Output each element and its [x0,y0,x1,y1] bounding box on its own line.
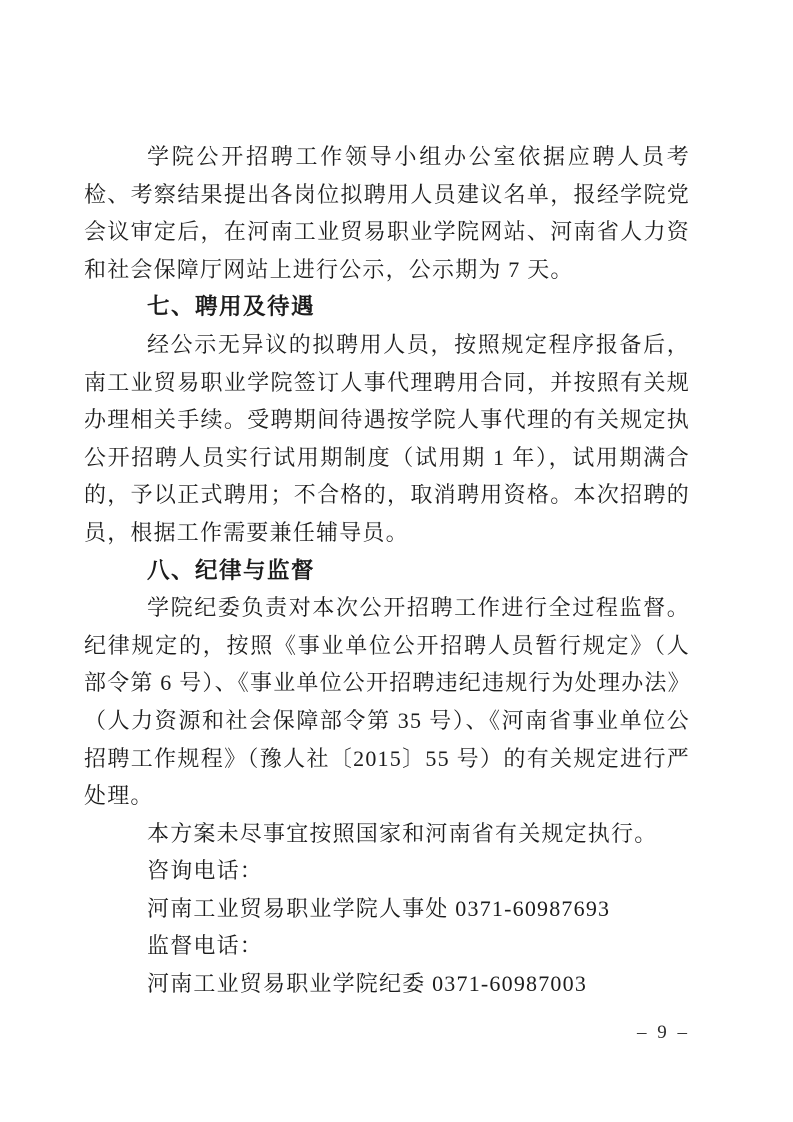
text-line: 检、考察结果提出各岗位拟聘用人员建议名单，报经学院党委 [84,176,690,214]
page-number: – 9 – [637,1020,690,1046]
text-line: 经公示无异议的拟聘用人员，按照规定程序报备后，与河 [84,326,690,364]
text-line: 咨询电话： [84,852,690,890]
page-number-label: – 9 – [637,1022,690,1043]
text-line: 南工业贸易职业学院签订人事代理聘用合同，并按照有关规定 [84,364,690,402]
text-line: 公开招聘人员实行试用期制度（试用期 1 年），试用期满合格 [84,439,690,477]
document-body: 学院公开招聘工作领导小组办公室依据应聘人员考试、体检、考察结果提出各岗位拟聘用人… [84,138,690,1003]
text-line: 纪律规定的，按照《事业单位公开招聘人员暂行规定》（人事 [84,627,690,665]
text-line: 监督电话： [84,927,690,965]
section-heading: 七、聘用及待遇 [84,288,690,326]
text-line: 和社会保障厅网站上进行公示，公示期为 7 天。 [84,251,690,289]
text-line: 员，根据工作需要兼任辅导员。 [84,514,690,552]
text-line: 处理。 [84,777,690,815]
text-line: 河南工业贸易职业学院纪委 0371-60987003 [84,965,690,1003]
text-line: 办理相关手续。受聘期间待遇按学院人事代理的有关规定执行。 [84,401,690,439]
text-line: （人力资源和社会保障部令第 35 号）、《河南省事业单位公开 [84,702,690,740]
text-line: 部令第 6 号）、《事业单位公开招聘违纪违规行为处理办法》 [84,664,690,702]
document-page: 学院公开招聘工作领导小组办公室依据应聘人员考试、体检、考察结果提出各岗位拟聘用人… [0,0,793,1122]
text-line: 会议审定后，在河南工业贸易职业学院网站、河南省人力资源 [84,213,690,251]
text-line: 学院公开招聘工作领导小组办公室依据应聘人员考试、体 [84,138,690,176]
text-line: 的，予以正式聘用；不合格的，取消聘用资格。本次招聘的人 [84,476,690,514]
section-heading: 八、纪律与监督 [84,552,690,590]
text-line: 招聘工作规程》（豫人社〔2015〕55 号）的有关规定进行严肃 [84,740,690,778]
text-line: 学院纪委负责对本次公开招聘工作进行全过程监督。违反 [84,589,690,627]
text-line: 本方案未尽事宜按照国家和河南省有关规定执行。 [84,815,690,853]
text-line: 河南工业贸易职业学院人事处 0371-60987693 [84,890,690,928]
